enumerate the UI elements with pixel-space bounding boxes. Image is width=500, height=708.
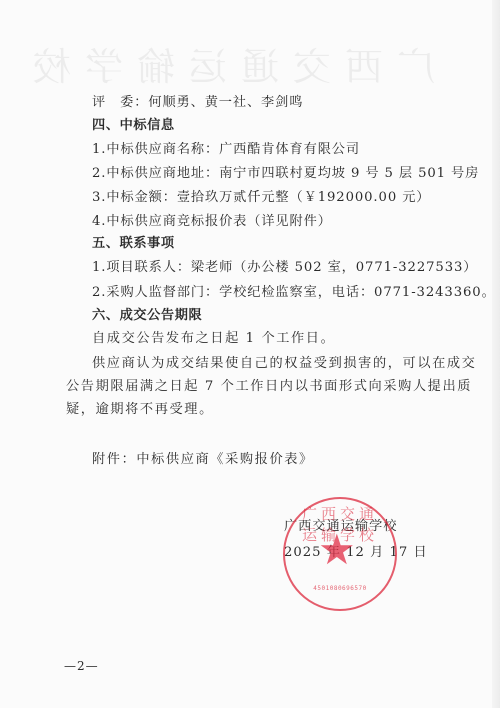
reviewers-line: 评 委：何顺勇、黄一社、李剑鸣 xyxy=(92,94,303,112)
official-seal: 广西交通运输学校 ★ 4501080696570 xyxy=(283,497,397,611)
award-quote-table: 4.中标供应商竞标报价表（详见附件） xyxy=(92,213,332,231)
challenge-paragraph-line-1: 供应商认为成交结果使自己的权益受到损害的，可以在成交 xyxy=(92,355,476,373)
award-supplier-address: 2.中标供应商地址：南宁市四联村夏均坡 9 号 5 层 501 号房 xyxy=(92,165,479,183)
attachment-note: 附件：中标供应商《采购报价表》 xyxy=(92,451,314,469)
challenge-paragraph-line-3: 疑，逾期将不再受理。 xyxy=(66,401,214,419)
award-amount: 3.中标金额：壹拾玖万贰仟元整（￥192000.00 元） xyxy=(92,189,430,207)
notice-period-text: 自成交公告发布之日起 1 个工作日。 xyxy=(92,330,335,348)
page-edge xyxy=(492,0,500,708)
challenge-paragraph-line-2: 公告期限届满之日起 7 个工作日内以书面形式向采购人提出质 xyxy=(66,378,472,396)
supervision-department: 2.采购人监督部门：学校纪检监察室，电话：0771-3243360。 xyxy=(92,284,496,302)
award-supplier-name: 1.中标供应商名称：广西酷肯体育有限公司 xyxy=(92,141,360,159)
notice-period-heading: 六、成交公告期限 xyxy=(92,307,202,325)
contact-heading: 五、联系事项 xyxy=(92,235,175,253)
contact-person: 1.项目联系人：梁老师（办公楼 502 室，0771-3227533） xyxy=(92,259,477,277)
reviewers-names: 何顺勇、黄一社、李剑鸣 xyxy=(148,95,303,110)
seal-code: 4501080696570 xyxy=(303,585,377,592)
award-info-heading: 四、中标信息 xyxy=(92,117,175,135)
page-number: —2— xyxy=(64,659,99,673)
bleed-through-header: 广西交通运输学校 xyxy=(55,42,435,92)
reviewers-label: 评 委： xyxy=(92,95,148,110)
star-icon: ★ xyxy=(318,529,356,571)
